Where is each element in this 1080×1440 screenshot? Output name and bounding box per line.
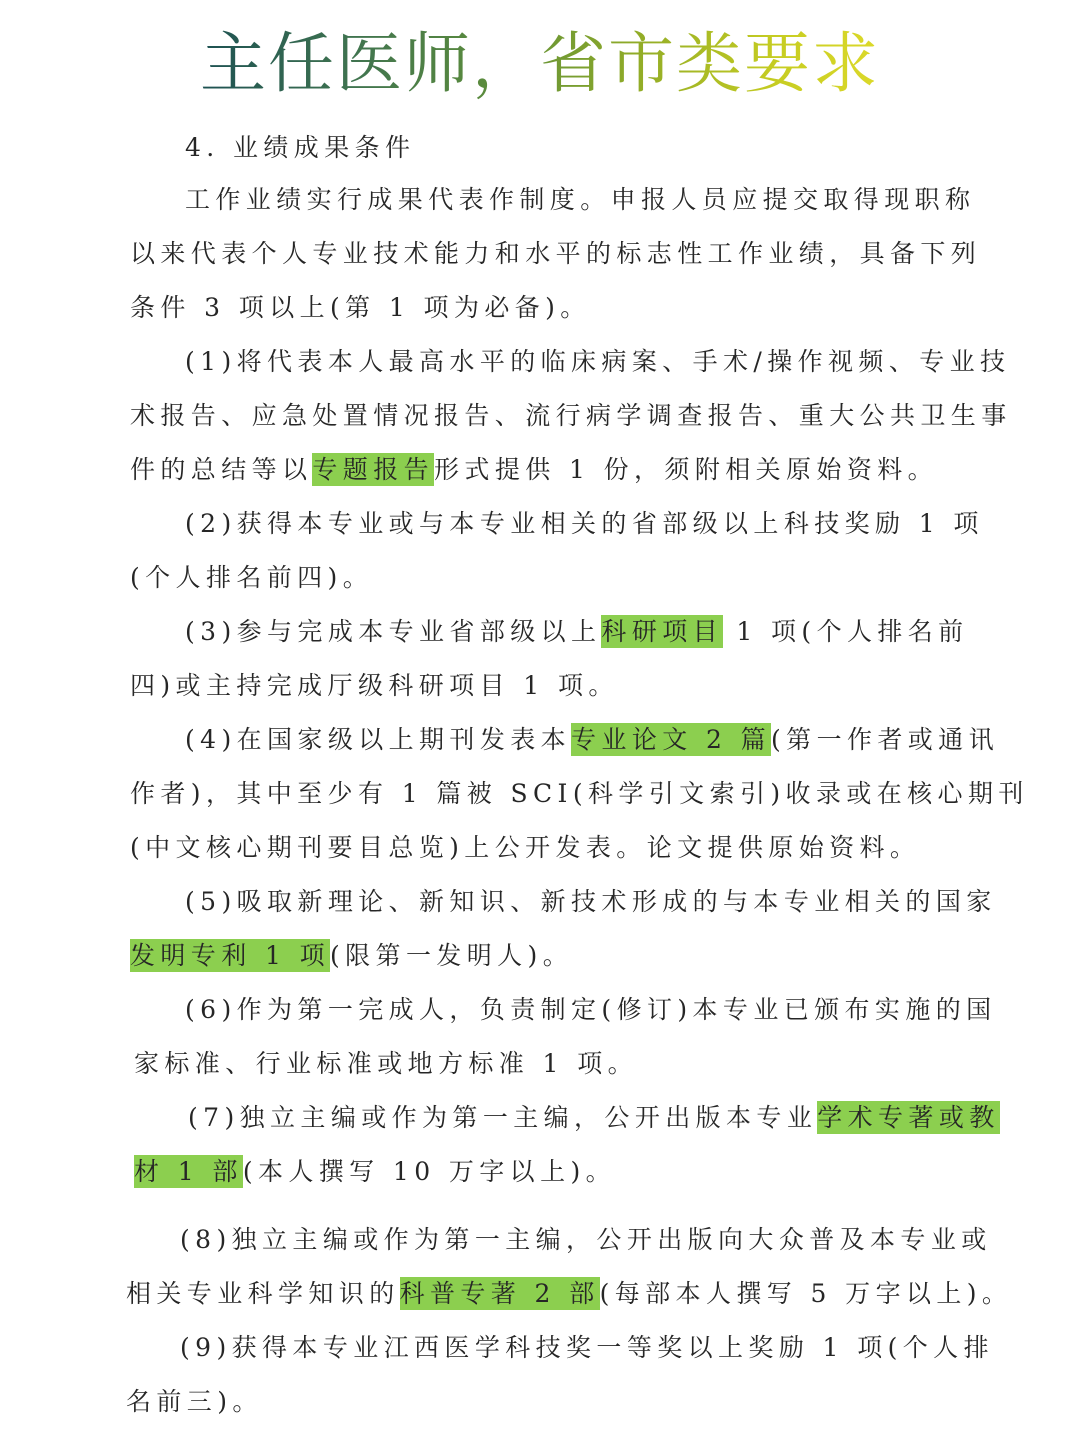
highlight-textbook: 材 1 部 (134, 1155, 243, 1188)
item-1-line: 件的总结等以专题报告形式提供 1 份，须附相关原始资料。 (130, 450, 938, 490)
item-3-line: (3)参与完成本专业省部级以上科研项目 1 项(个人排名前 (185, 612, 969, 652)
section-heading: 4. 业绩成果条件 (185, 128, 415, 168)
highlight-popular-science: 科普专著 2 部 (400, 1277, 600, 1310)
item-1-line: 术报告、应急处置情况报告、流行病学调查报告、重大公共卫生事 (130, 396, 1012, 436)
item-6-line: 家标准、行业标准或地方标准 1 项。 (134, 1044, 638, 1084)
highlight-monograph: 学术专著或教 (817, 1101, 999, 1134)
item-7-line: (7)独立主编或作为第一主编，公开出版本专业学术专著或教 (188, 1098, 1000, 1138)
item-3-line: 四)或主持完成厅级科研项目 1 项。 (130, 666, 619, 706)
highlight-patent: 发明专利 1 项 (130, 939, 330, 972)
item-9-line: (9)获得本专业江西医学科技奖一等奖以上奖励 1 项(个人排 (180, 1328, 994, 1368)
page-title: 主任医师，省市类要求 (0, 22, 1080, 106)
item-1-line: (1)将代表本人最高水平的临床病案、手术/操作视频、专业技 (185, 342, 1010, 382)
item-5-line: 发明专利 1 项(限第一发明人)。 (130, 936, 573, 976)
item-7-line: 材 1 部(本人撰写 10 万字以上)。 (134, 1152, 616, 1192)
item-4-line: (4)在国家级以上期刊发表本专业论文 2 篇(第一作者或通讯 (185, 720, 999, 760)
highlight-research-project: 科研项目 (601, 615, 723, 648)
item-2-line: (个人排名前四)。 (130, 558, 373, 598)
highlight-special-report: 专题报告 (312, 453, 434, 486)
item-9-line: 名前三)。 (126, 1382, 263, 1422)
item-4-line: 作者)，其中至少有 1 篇被 SCI(科学引文索引)收录或在核心期刊 (130, 774, 1029, 814)
item-4-line: (中文核心期刊要目总览)上公开发表。论文提供原始资料。 (130, 828, 920, 868)
intro-line: 条件 3 项以上(第 1 项为必备)。 (130, 288, 591, 328)
item-5-line: (5)吸取新理论、新知识、新技术形成的与本专业相关的国家 (185, 882, 997, 922)
intro-line: 工作业绩实行成果代表作制度。申报人员应提交取得现职称 (185, 180, 975, 220)
item-8-line: 相关专业科学知识的科普专著 2 部(每部本人撰写 5 万字以上)。 (126, 1274, 1012, 1314)
page-title-text: 主任医师，省市类要求 (200, 22, 880, 106)
item-6-line: (6)作为第一完成人，负责制定(修订)本专业已颁布实施的国 (185, 990, 997, 1030)
item-2-line: (2)获得本专业或与本专业相关的省部级以上科技奖励 1 项 (185, 504, 984, 544)
item-8-line: (8)独立主编或作为第一主编，公开出版向大众普及本专业或 (180, 1220, 992, 1260)
intro-line: 以来代表个人专业技术能力和水平的标志性工作业绩，具备下列 (130, 234, 981, 274)
highlight-papers: 专业论文 2 篇 (571, 723, 771, 756)
